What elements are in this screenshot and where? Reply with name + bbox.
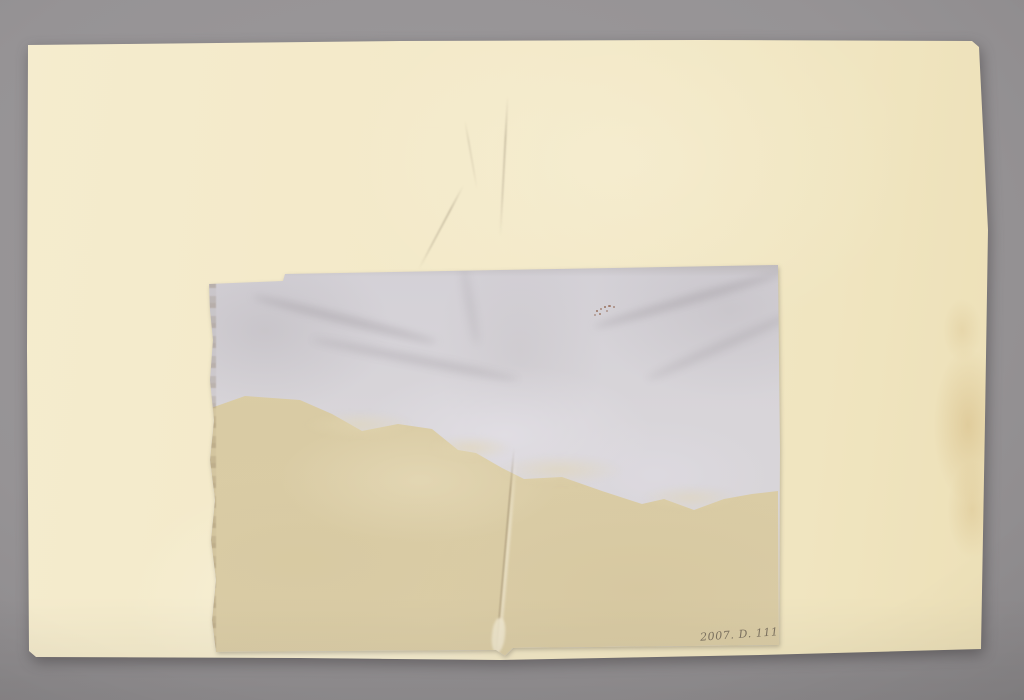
- pigment-speck: [608, 305, 611, 307]
- pigment-speck: [599, 313, 601, 315]
- pigment-speck: [596, 310, 598, 312]
- artwork-sheet-surface: 2007. D. 111: [0, 0, 1024, 700]
- pigment-speck: [594, 314, 596, 316]
- pigment-speck: [606, 310, 608, 312]
- pigment-speck: [604, 306, 606, 308]
- pigment-specks: [592, 303, 624, 319]
- artwork-sheet: 2007. D. 111: [0, 0, 1024, 700]
- pigment-speck: [613, 306, 615, 308]
- stain-halo: [0, 0, 1024, 700]
- pigment-speck: [600, 308, 602, 310]
- photo-backdrop: 2007. D. 111: [0, 0, 1024, 700]
- torn-left-edge: [209, 283, 216, 654]
